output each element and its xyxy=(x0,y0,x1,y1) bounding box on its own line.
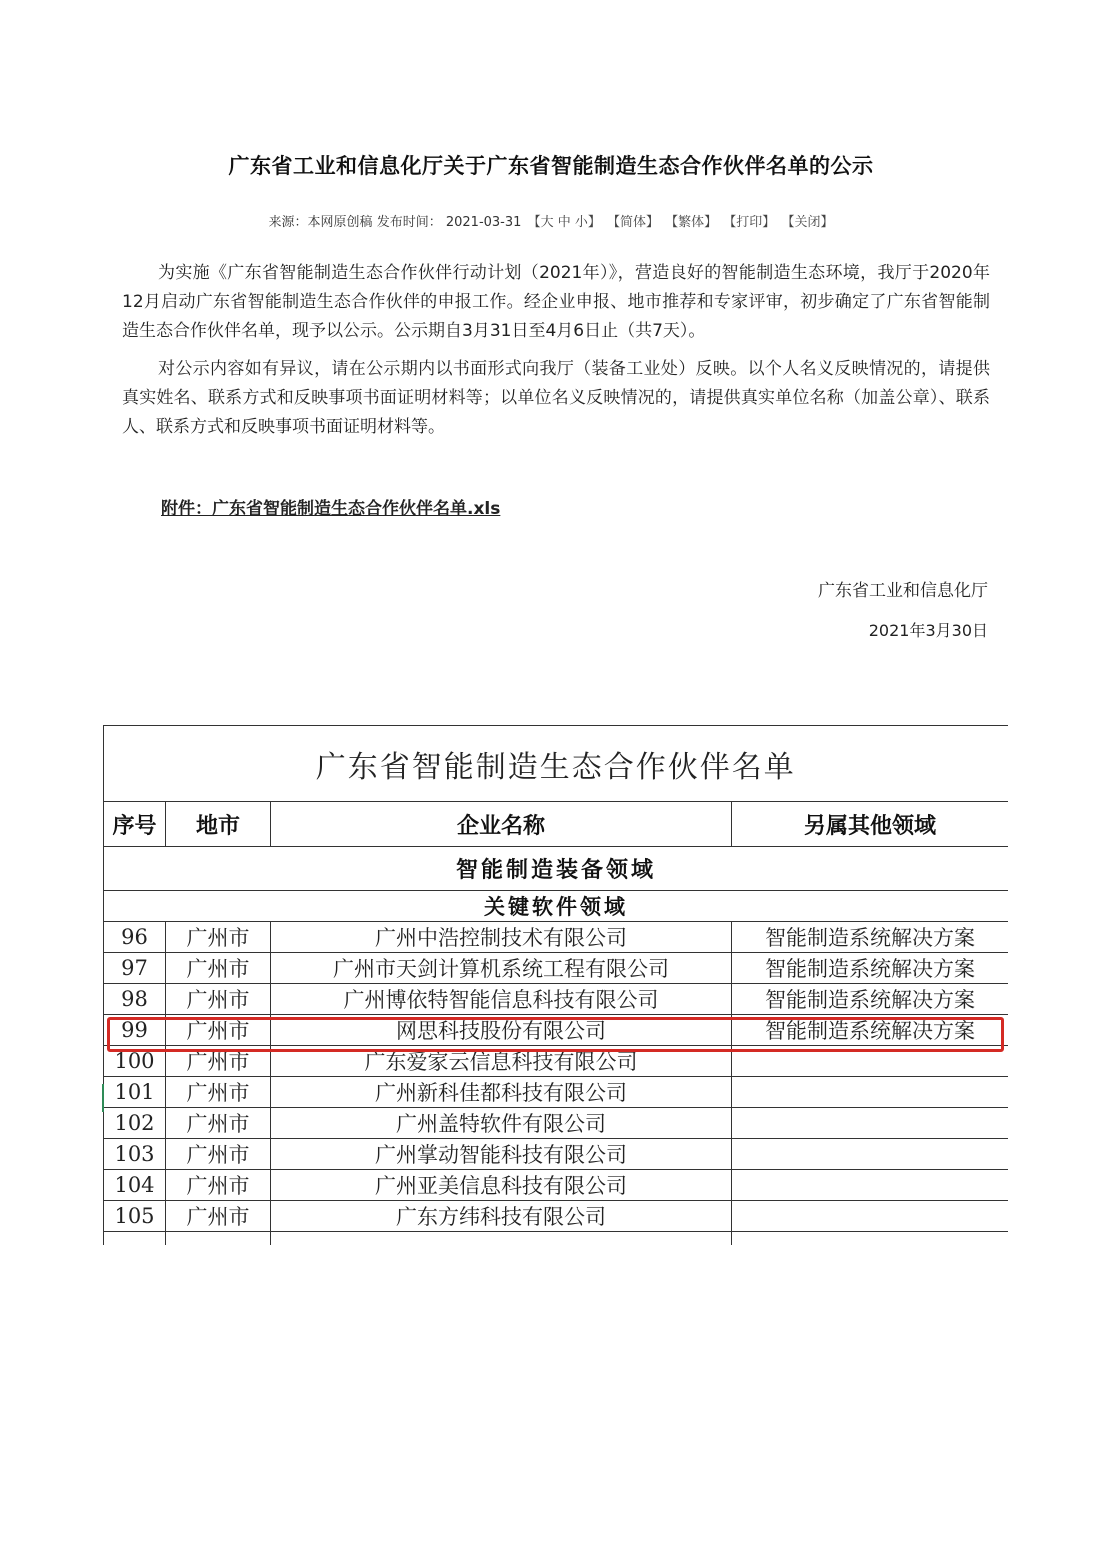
cell-company: 广东爱家云信息科技有限公司 xyxy=(271,1046,732,1077)
cell-no: 97 xyxy=(104,953,166,984)
cell-city: 广州市 xyxy=(166,953,271,984)
cell-company: 广州市天剑计算机系统工程有限公司 xyxy=(271,953,732,984)
cell-company: 广州亚美信息科技有限公司 xyxy=(271,1170,732,1201)
cell-company: 广州盖特软件有限公司 xyxy=(271,1108,732,1139)
font-size-links[interactable]: 【大 中 小】 xyxy=(528,215,601,230)
cell-no: 105 xyxy=(104,1201,166,1232)
table-row: 96 广州市 广州中浩控制技术有限公司 智能制造系统解决方案 xyxy=(104,922,1009,953)
col-header-city: 地市 xyxy=(166,802,271,847)
cell-company: 广州博依特智能信息科技有限公司 xyxy=(271,984,732,1015)
cell-other: 智能制造系统解决方案 xyxy=(732,984,1009,1015)
table-row: 105 广州市 广东方纬科技有限公司 xyxy=(104,1201,1009,1232)
cell-city: 广州市 xyxy=(166,1015,271,1046)
table-row: 100 广州市 广东爱家云信息科技有限公司 xyxy=(104,1046,1009,1077)
cell-city: 广州市 xyxy=(166,1139,271,1170)
section-row: 智能制造装备领域 xyxy=(104,847,1009,891)
spreadsheet-image: 广东省智能制造生态合作伙伴名单 序号 地市 企业名称 另属其他领域 智能制造装备… xyxy=(103,725,1008,1245)
sheet-title: 广东省智能制造生态合作伙伴名单 xyxy=(104,726,1009,802)
traditional-link[interactable]: 【繁体】 xyxy=(665,215,717,230)
paragraph-objection: 对公示内容如有异议，请在公示期内以书面形式向我厅（装备工业处）反映。以个人名义反… xyxy=(122,355,990,442)
cell-other xyxy=(732,1170,1009,1201)
cell-no: 101 xyxy=(104,1077,166,1108)
publish-date: 2021-03-31 xyxy=(446,215,522,230)
cell-no: 100 xyxy=(104,1046,166,1077)
article-title: 广东省工业和信息化厅关于广东省智能制造生态合作伙伴名单的公示 xyxy=(0,150,1102,180)
cell-no: 104 xyxy=(104,1170,166,1201)
signature-date: 2021年3月30日 xyxy=(869,618,988,641)
cell-company: 广州中浩控制技术有限公司 xyxy=(271,922,732,953)
col-header-company: 企业名称 xyxy=(271,802,732,847)
cell-no: 102 xyxy=(104,1108,166,1139)
cell-other xyxy=(732,1108,1009,1139)
col-header-no: 序号 xyxy=(104,802,166,847)
table-row: 104 广州市 广州亚美信息科技有限公司 xyxy=(104,1170,1009,1201)
cell-company: 网思科技股份有限公司 xyxy=(271,1015,732,1046)
cell-city: 广州市 xyxy=(166,1170,271,1201)
cell-city: 广州市 xyxy=(166,1201,271,1232)
close-link[interactable]: 【关闭】 xyxy=(781,215,833,230)
paragraph-intro: 为实施《广东省智能制造生态合作伙伴行动计划（2021年）》，营造良好的智能制造生… xyxy=(122,259,990,346)
table-row-cut xyxy=(104,1232,1009,1246)
cell-other xyxy=(732,1201,1009,1232)
cell-no: 98 xyxy=(104,984,166,1015)
subsection-row: 关键软件领域 xyxy=(104,891,1009,922)
article-meta: 来源：本网原创稿 发布时间： 2021-03-31 【大 中 小】 【简体】 【… xyxy=(0,211,1102,230)
cell-no: 103 xyxy=(104,1139,166,1170)
print-link[interactable]: 【打印】 xyxy=(723,215,775,230)
cell-city: 广州市 xyxy=(166,1077,271,1108)
cell-city: 广州市 xyxy=(166,922,271,953)
cell-other: 智能制造系统解决方案 xyxy=(732,922,1009,953)
table-row: 98 广州市 广州博依特智能信息科技有限公司 智能制造系统解决方案 xyxy=(104,984,1009,1015)
cell-cursor-indicator xyxy=(102,1084,104,1112)
attachment-link[interactable]: 附件：广东省智能制造生态合作伙伴名单.xls xyxy=(161,494,500,519)
cell-company: 广州新科佳都科技有限公司 xyxy=(271,1077,732,1108)
cell-city: 广州市 xyxy=(166,1108,271,1139)
cell-city: 广州市 xyxy=(166,984,271,1015)
cell-company: 广东方纬科技有限公司 xyxy=(271,1201,732,1232)
cell-other: 智能制造系统解决方案 xyxy=(732,1015,1009,1046)
simplified-link[interactable]: 【简体】 xyxy=(607,215,659,230)
cell-no: 96 xyxy=(104,922,166,953)
col-header-other: 另属其他领域 xyxy=(732,802,1009,847)
cell-other xyxy=(732,1077,1009,1108)
table-row: 102 广州市 广州盖特软件有限公司 xyxy=(104,1108,1009,1139)
cell-other xyxy=(732,1139,1009,1170)
cell-other: 智能制造系统解决方案 xyxy=(732,953,1009,984)
cell-city: 广州市 xyxy=(166,1046,271,1077)
table-row: 103 广州市 广州掌动智能科技有限公司 xyxy=(104,1139,1009,1170)
cell-company: 广州掌动智能科技有限公司 xyxy=(271,1139,732,1170)
signature-org: 广东省工业和信息化厅 xyxy=(818,576,988,601)
partner-table: 广东省智能制造生态合作伙伴名单 序号 地市 企业名称 另属其他领域 智能制造装备… xyxy=(103,725,1008,1245)
cell-other xyxy=(732,1046,1009,1077)
table-row-highlighted: 99 广州市 网思科技股份有限公司 智能制造系统解决方案 xyxy=(104,1015,1009,1046)
table-row: 97 广州市 广州市天剑计算机系统工程有限公司 智能制造系统解决方案 xyxy=(104,953,1009,984)
source-label: 来源：本网原创稿 xyxy=(269,215,373,230)
cell-no: 99 xyxy=(104,1015,166,1046)
publish-label: 发布时间： xyxy=(377,215,442,230)
table-row: 101 广州市 广州新科佳都科技有限公司 xyxy=(104,1077,1009,1108)
